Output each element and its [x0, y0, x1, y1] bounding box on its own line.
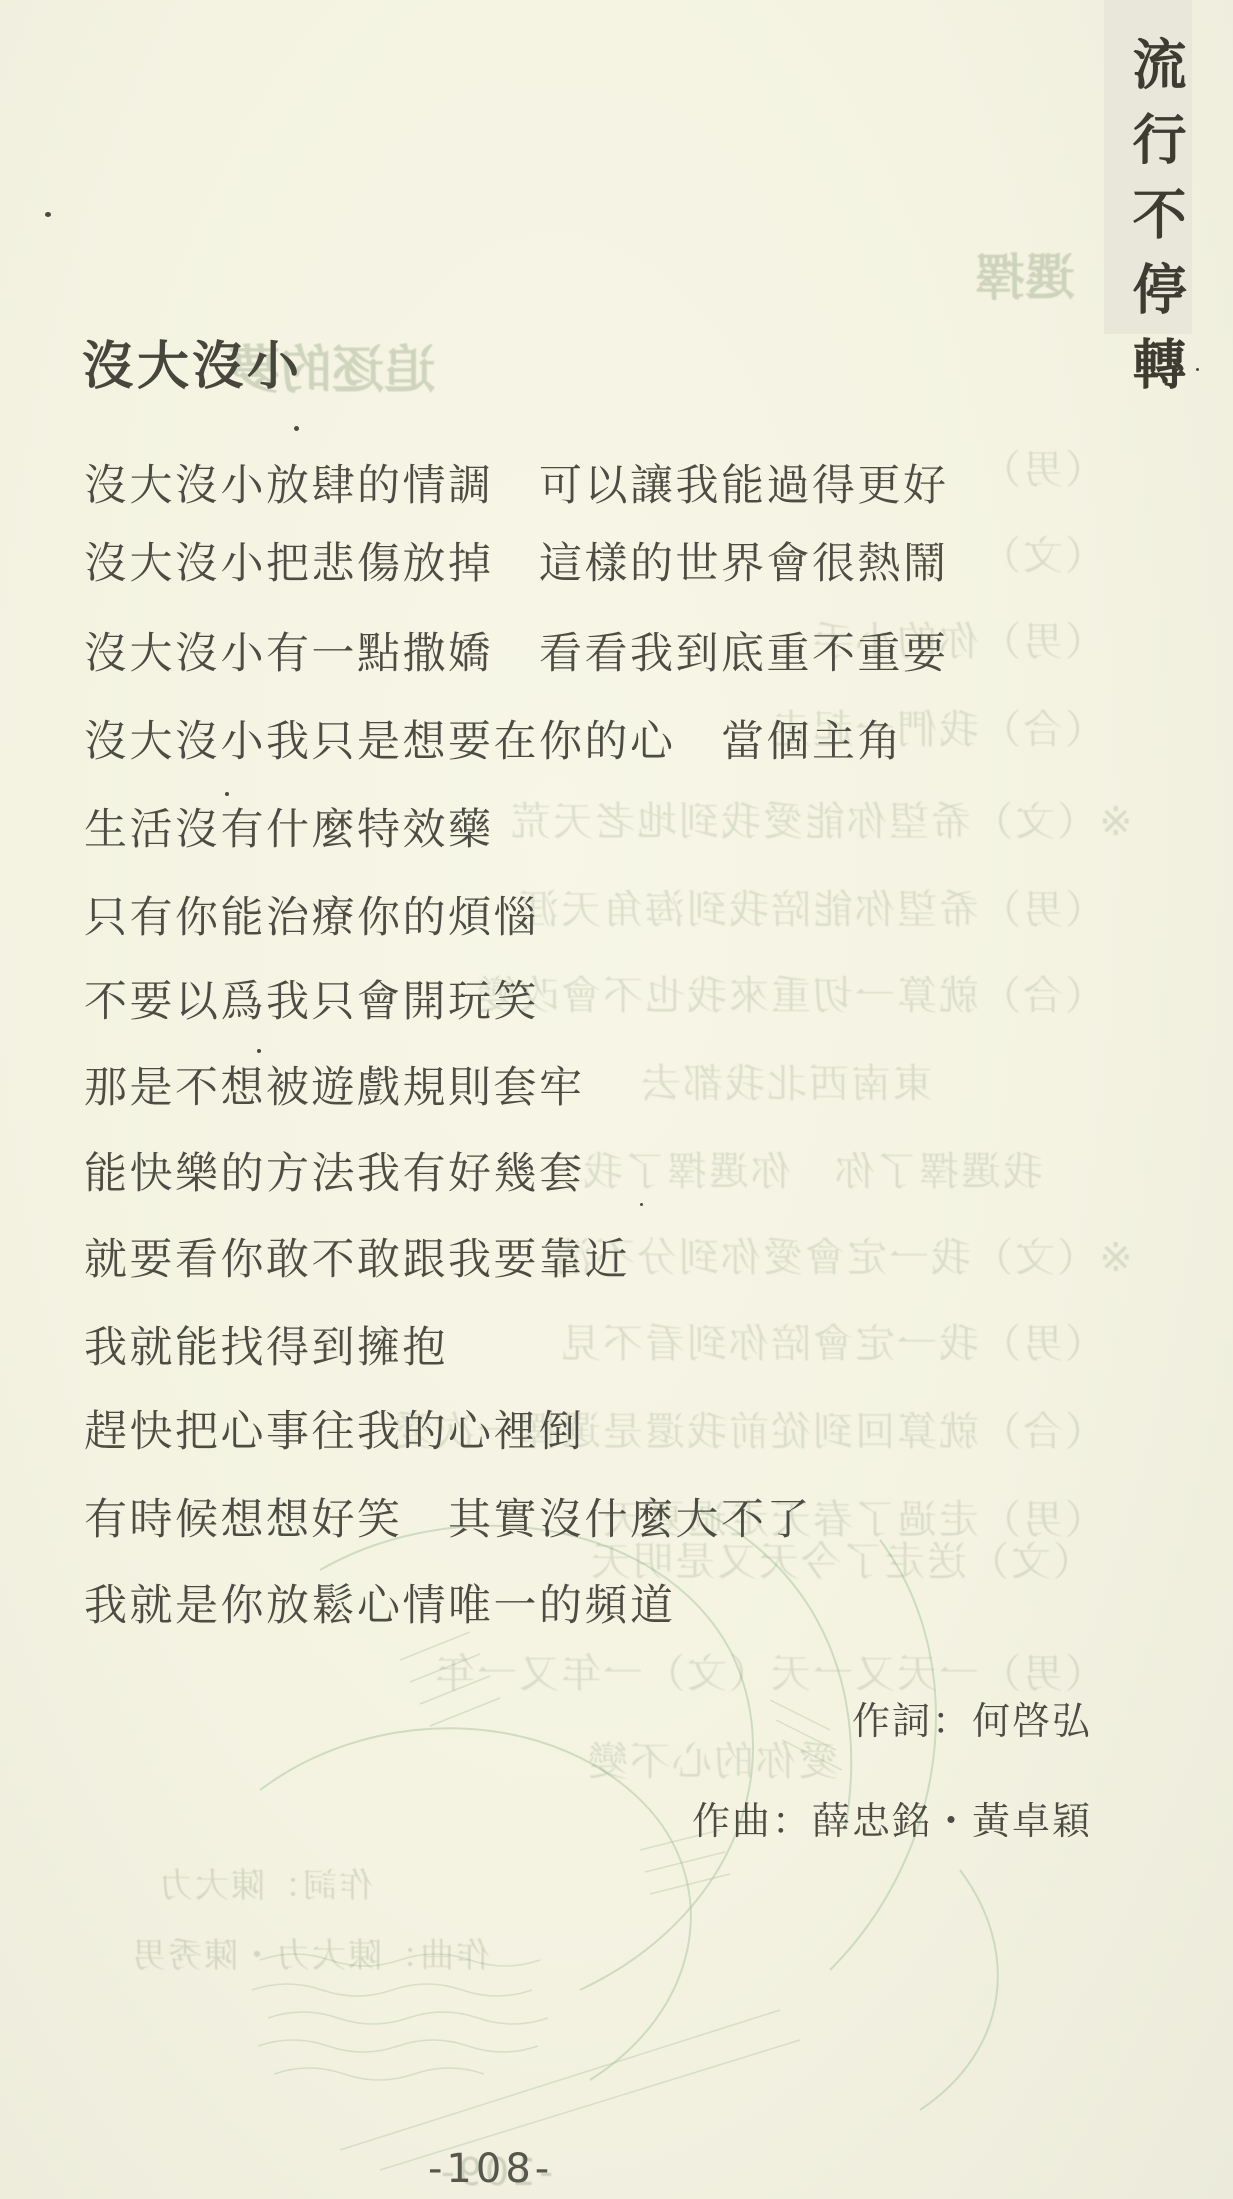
- lyric-line: 沒大沒小把悲傷放掉 這樣的世界會很熱鬧: [84, 530, 949, 591]
- bleedthrough-line: （合）就算一切重來我也不會改變: [475, 964, 1105, 1021]
- lyric-line: 沒大沒小我只是想要在你的心 當個主角: [84, 708, 903, 769]
- lyric-line: 有時候想想好笑 其實沒什麼大不了: [84, 1486, 812, 1547]
- lyric-line: 能快樂的方法我有好幾套: [84, 1140, 585, 1201]
- bleedthrough-line: （男）: [979, 438, 1105, 495]
- bleedthrough-line: （男）希望你能陪我到海角天涯: [517, 878, 1105, 935]
- bleedthrough-line: （男）我一定會陪你到看不見: [559, 1312, 1105, 1369]
- lyric-line: 那是不想被遊戲規則套牢: [84, 1054, 585, 1115]
- lyric-line: 只有你能治療你的煩惱: [84, 884, 539, 945]
- bleedthrough-credit: 作詞：陳大力: [157, 1858, 373, 1907]
- lyric-line: 生活沒有什麼特效藥: [84, 796, 494, 857]
- lyricist-credit: 作詞：何啓弘: [852, 1690, 1092, 1745]
- lyric-line: 我就是你放鬆心情唯一的頻道: [84, 1572, 676, 1633]
- page-number: -108-: [428, 2146, 553, 2192]
- bleedthrough-large-title: 選擇: [975, 238, 1075, 310]
- bleedthrough-line: （文）: [979, 524, 1105, 581]
- bleedthrough-line: 我選擇了你 你選擇了我: [581, 1140, 1043, 1197]
- bleedthrough-line: ※（文）我一定會愛你到分不清: [551, 1226, 1133, 1283]
- bleedthrough-line: 東南西北我都去: [639, 1052, 933, 1109]
- lyric-line: 不要以爲我只會開玩笑: [84, 968, 539, 1029]
- song-title: 沒大沒小: [82, 324, 302, 399]
- paper-speck: [294, 426, 299, 431]
- paper-speck: [225, 792, 229, 796]
- lyric-line: 沒大沒小放肆的情調 可以讓我能過得更好: [84, 452, 949, 513]
- book-title-vertical: 流行不停轉: [1118, 36, 1195, 411]
- bleedthrough-line: 愛你的心不變: [586, 1730, 838, 1787]
- lyric-line: 就要看你敢不敢跟我要靠近: [84, 1226, 630, 1287]
- scanned-lyric-book-page: 選擇 追逐的夢 （男） （文） （男）你的小手 （合）我們一起走 ※（文）希望你…: [0, 0, 1233, 2199]
- bleedthrough-credit: 作曲：陳大力・陳秀男: [130, 1928, 490, 1977]
- composer-credit: 作曲：薛忠銘・黃卓穎: [692, 1790, 1092, 1845]
- lyric-line: 趕快把心事往我的心裡倒: [84, 1398, 585, 1459]
- paper-speck: [640, 1203, 643, 1206]
- paper-speck: [45, 212, 51, 217]
- lyric-line: 我就能找得到擁抱: [84, 1314, 448, 1375]
- lyric-line: 沒大沒小有一點撒嬌 看看我到底重不重要: [84, 620, 949, 681]
- paper-speck: [1196, 368, 1199, 371]
- paper-speck: [257, 1049, 261, 1053]
- bleedthrough-line: ※（文）希望你能愛我到地老天荒: [509, 790, 1133, 847]
